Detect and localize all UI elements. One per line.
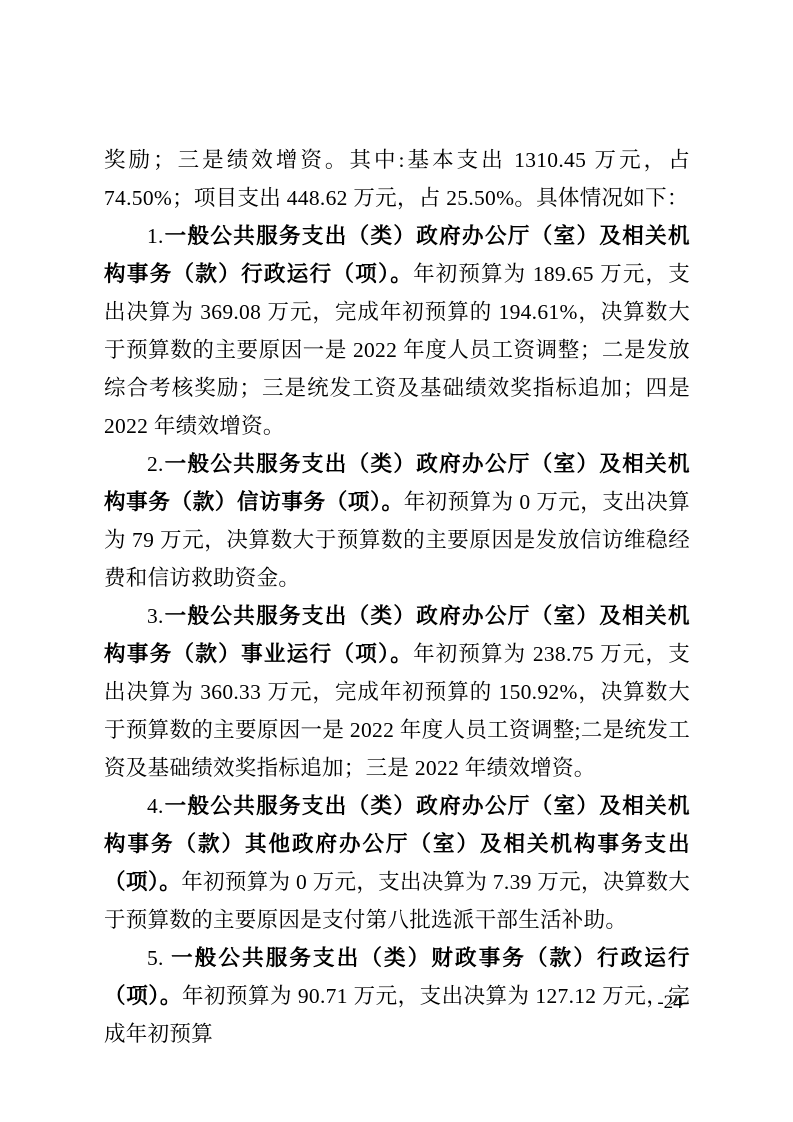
item-number: 2. — [147, 452, 164, 476]
page-number: -24- — [657, 991, 689, 1015]
intro-paragraph: 奖励；三是绩效增资。其中:基本支出 1310.45 万元，占 74.50%；项目… — [104, 141, 690, 217]
expenditure-item-5: 5. 一般公共服务支出（类）财政事务（款）行政运行（项）。年初预算为 90.71… — [104, 939, 690, 1053]
item-number: 1. — [147, 224, 164, 248]
item-number: 5. — [147, 946, 171, 970]
expenditure-item-1: 1.一般公共服务支出（类）政府办公厅（室）及相关机构事务（款）行政运行（项）。年… — [104, 217, 690, 445]
document-page: 奖励；三是绩效增资。其中:基本支出 1310.45 万元，占 74.50%；项目… — [0, 0, 793, 1122]
item-body: 年初预算为 189.65 万元，支出决算为 369.08 万元，完成年初预算的 … — [104, 262, 690, 438]
item-number: 4. — [147, 794, 164, 818]
item-number: 3. — [147, 604, 164, 628]
document-content: 奖励；三是绩效增资。其中:基本支出 1310.45 万元，占 74.50%；项目… — [104, 141, 690, 1053]
expenditure-item-3: 3.一般公共服务支出（类）政府办公厅（室）及相关机构事务（款）事业运行（项）。年… — [104, 597, 690, 787]
item-body: 年初预算为 90.71 万元，支出决算为 127.12 万元，完成年初预算 — [104, 984, 690, 1046]
expenditure-item-4: 4.一般公共服务支出（类）政府办公厅（室）及相关机构事务（款）其他政府办公厅（室… — [104, 787, 690, 939]
item-body: 年初预算为 0 万元，支出决算为 7.39 万元，决算数大于预算数的主要原因是支… — [104, 870, 690, 932]
expenditure-item-2: 2.一般公共服务支出（类）政府办公厅（室）及相关机构事务（款）信访事务（项）。年… — [104, 445, 690, 597]
